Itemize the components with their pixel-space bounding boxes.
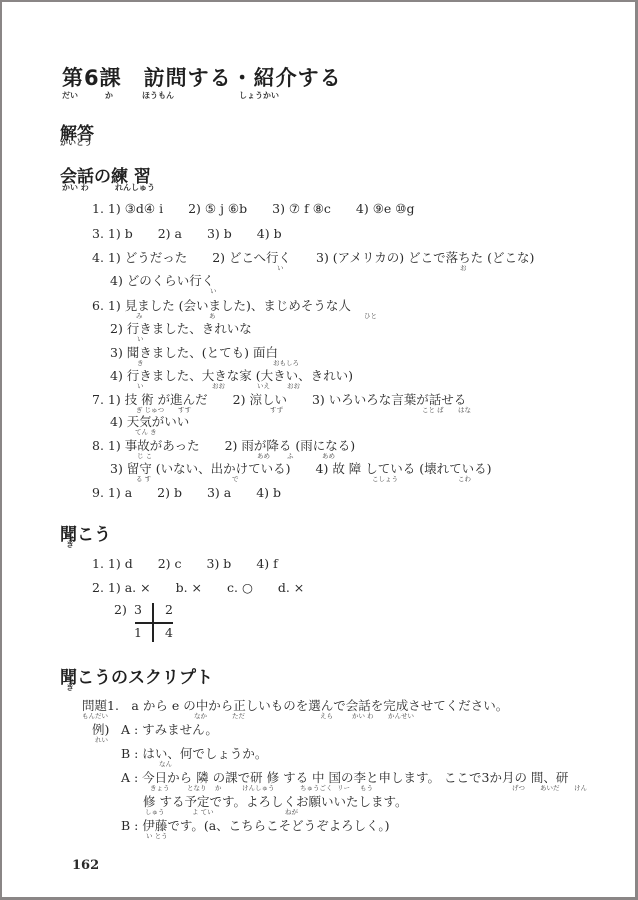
textbook-page: 第6課 訪問する・紹介する だい か ほうもん しょうかい 解答 かいとう 会話… [0, 0, 638, 900]
answer-line-6-1: 6. 1) 見ました (会いました)、まじめそうな人 [92, 296, 351, 314]
dialogue-line-1: A : すみません。 [121, 720, 218, 738]
answer-line-8-3: 3) 留守 (いない、出かけている) 4) 故 障 している (壊れている) [110, 459, 492, 477]
ruby-nan: なん [159, 759, 172, 768]
ruby-tonari: となり [187, 783, 207, 792]
ruby-shoukai: しょうかい [239, 90, 279, 101]
page-number: 162 [72, 858, 99, 873]
ruby-oo-2: おお [287, 381, 300, 390]
ruby-hito: ひと [364, 311, 377, 320]
ruby-shuu: しゅう [145, 807, 165, 816]
ruby-aida: あいだ [540, 783, 560, 792]
ruby-hana: はな [458, 405, 471, 414]
ruby-kotoba: こと ば [422, 405, 444, 414]
ruby-ka: か [105, 90, 113, 101]
ruby-ken: けん [574, 783, 587, 792]
ruby-kaiwa: かい わ [352, 711, 374, 720]
dialogue-line-4: 修 する予定です。よろしくお願いいたします。 [143, 792, 407, 810]
ruby-oo: おお [212, 381, 225, 390]
dialogue-line-2: B : はい、何でしょうか。 [121, 744, 267, 762]
lesson-title: 第6課 訪問する・紹介する [62, 62, 342, 92]
ruby-chuugoku: ちゅうごく [300, 783, 333, 792]
ruby-getsu: げつ [512, 783, 525, 792]
ruby-kyou: きょう [150, 783, 170, 792]
ruby-ie: いえ [257, 381, 270, 390]
script-heading: 聞こうのスクリプト [60, 663, 213, 688]
ruby-i: い [277, 263, 284, 272]
ruby-suzu: すず [270, 405, 283, 414]
ruby-i-3: い [137, 334, 144, 343]
listening-line-2: 2. 1) a. × b. × c. ○ d. × [92, 578, 304, 596]
renshuu-ruby: れんしゅう [115, 182, 155, 193]
ruby-mondai: もんだい [82, 711, 108, 720]
ruby-koshou: こしょう [372, 474, 398, 483]
answer-line-6-4: 4) 行きました、大きな家 (大きい、きれい) [110, 366, 353, 384]
ruby-nega: ねが [285, 807, 298, 816]
ruby-ka-2: か [215, 783, 222, 792]
answer-line-6-3: 3) 聞きました、(とても) 面白 [110, 343, 278, 361]
diagram-bottom-left: 1 [134, 625, 142, 640]
ruby-kenshuu: けんしゅう [242, 783, 275, 792]
answer-line-4-4: 4) どのくらい行く [110, 271, 214, 289]
ruby-itou: い とう [146, 831, 168, 840]
ruby-o: お [460, 263, 467, 272]
answer-line-9: 9. 1) a 2) b 3) a 4) b [92, 483, 281, 501]
ruby-de: で [232, 474, 239, 483]
answer-line-4-1: 4. 1) どうだった 2) どこへ行く 3) (アメリカの) どこで落ちた (… [92, 248, 534, 266]
answer-line-8-1: 8. 1) 事故があった 2) 雨が降る (雨になる) [92, 436, 355, 454]
ruby-mou: もう [360, 783, 373, 792]
ruby-tada: ただ [232, 711, 245, 720]
ruby-rii: リー [337, 783, 350, 792]
ruby-i-4: い [137, 381, 144, 390]
kaiwa-ruby: かい わ [62, 182, 89, 193]
ruby-houmon: ほうもん [142, 90, 174, 101]
ruby-yotei: よ てい [192, 807, 214, 816]
ruby-kowa: こわ [458, 474, 471, 483]
question-1: 問題1. a から e の中から正しいものを選んで会話を完成させてください。 [82, 696, 508, 714]
ruby-naka: なか [194, 711, 207, 720]
diagram-top-left: 3 [134, 602, 142, 617]
ruby-rei: れい [95, 735, 108, 744]
ruby-kansei: かんせい [388, 711, 414, 720]
answer-line-1: 1. 1) ③d④ i 2) ⑤ j ⑥b 3) ⑦ f ⑧c 4) ⑨e ⑩g [92, 199, 415, 217]
script-ruby: き [66, 682, 74, 693]
diagram-top-right: 2 [165, 602, 173, 617]
answer-line-6-2: 2) 行きました、きれいな [110, 319, 252, 337]
diagram-horizontal-line [135, 622, 173, 624]
ruby-dai: だい [62, 90, 78, 101]
ruby-tenki: てん き [135, 427, 157, 436]
ruby-i-2: い [210, 286, 217, 295]
listening-line-1: 1. 1) d 2) c 3) b 4) f [92, 554, 278, 572]
answers-ruby: かいとう [60, 137, 92, 148]
listening-ruby: き [66, 539, 74, 550]
ruby-era: えら [320, 711, 333, 720]
answer-line-3: 3. 1) b 2) a 3) b 4) b [92, 224, 282, 242]
ruby-rusu: る す [136, 474, 151, 483]
diagram-label: 2) [114, 602, 127, 617]
diagram-bottom-right: 4 [165, 625, 173, 640]
